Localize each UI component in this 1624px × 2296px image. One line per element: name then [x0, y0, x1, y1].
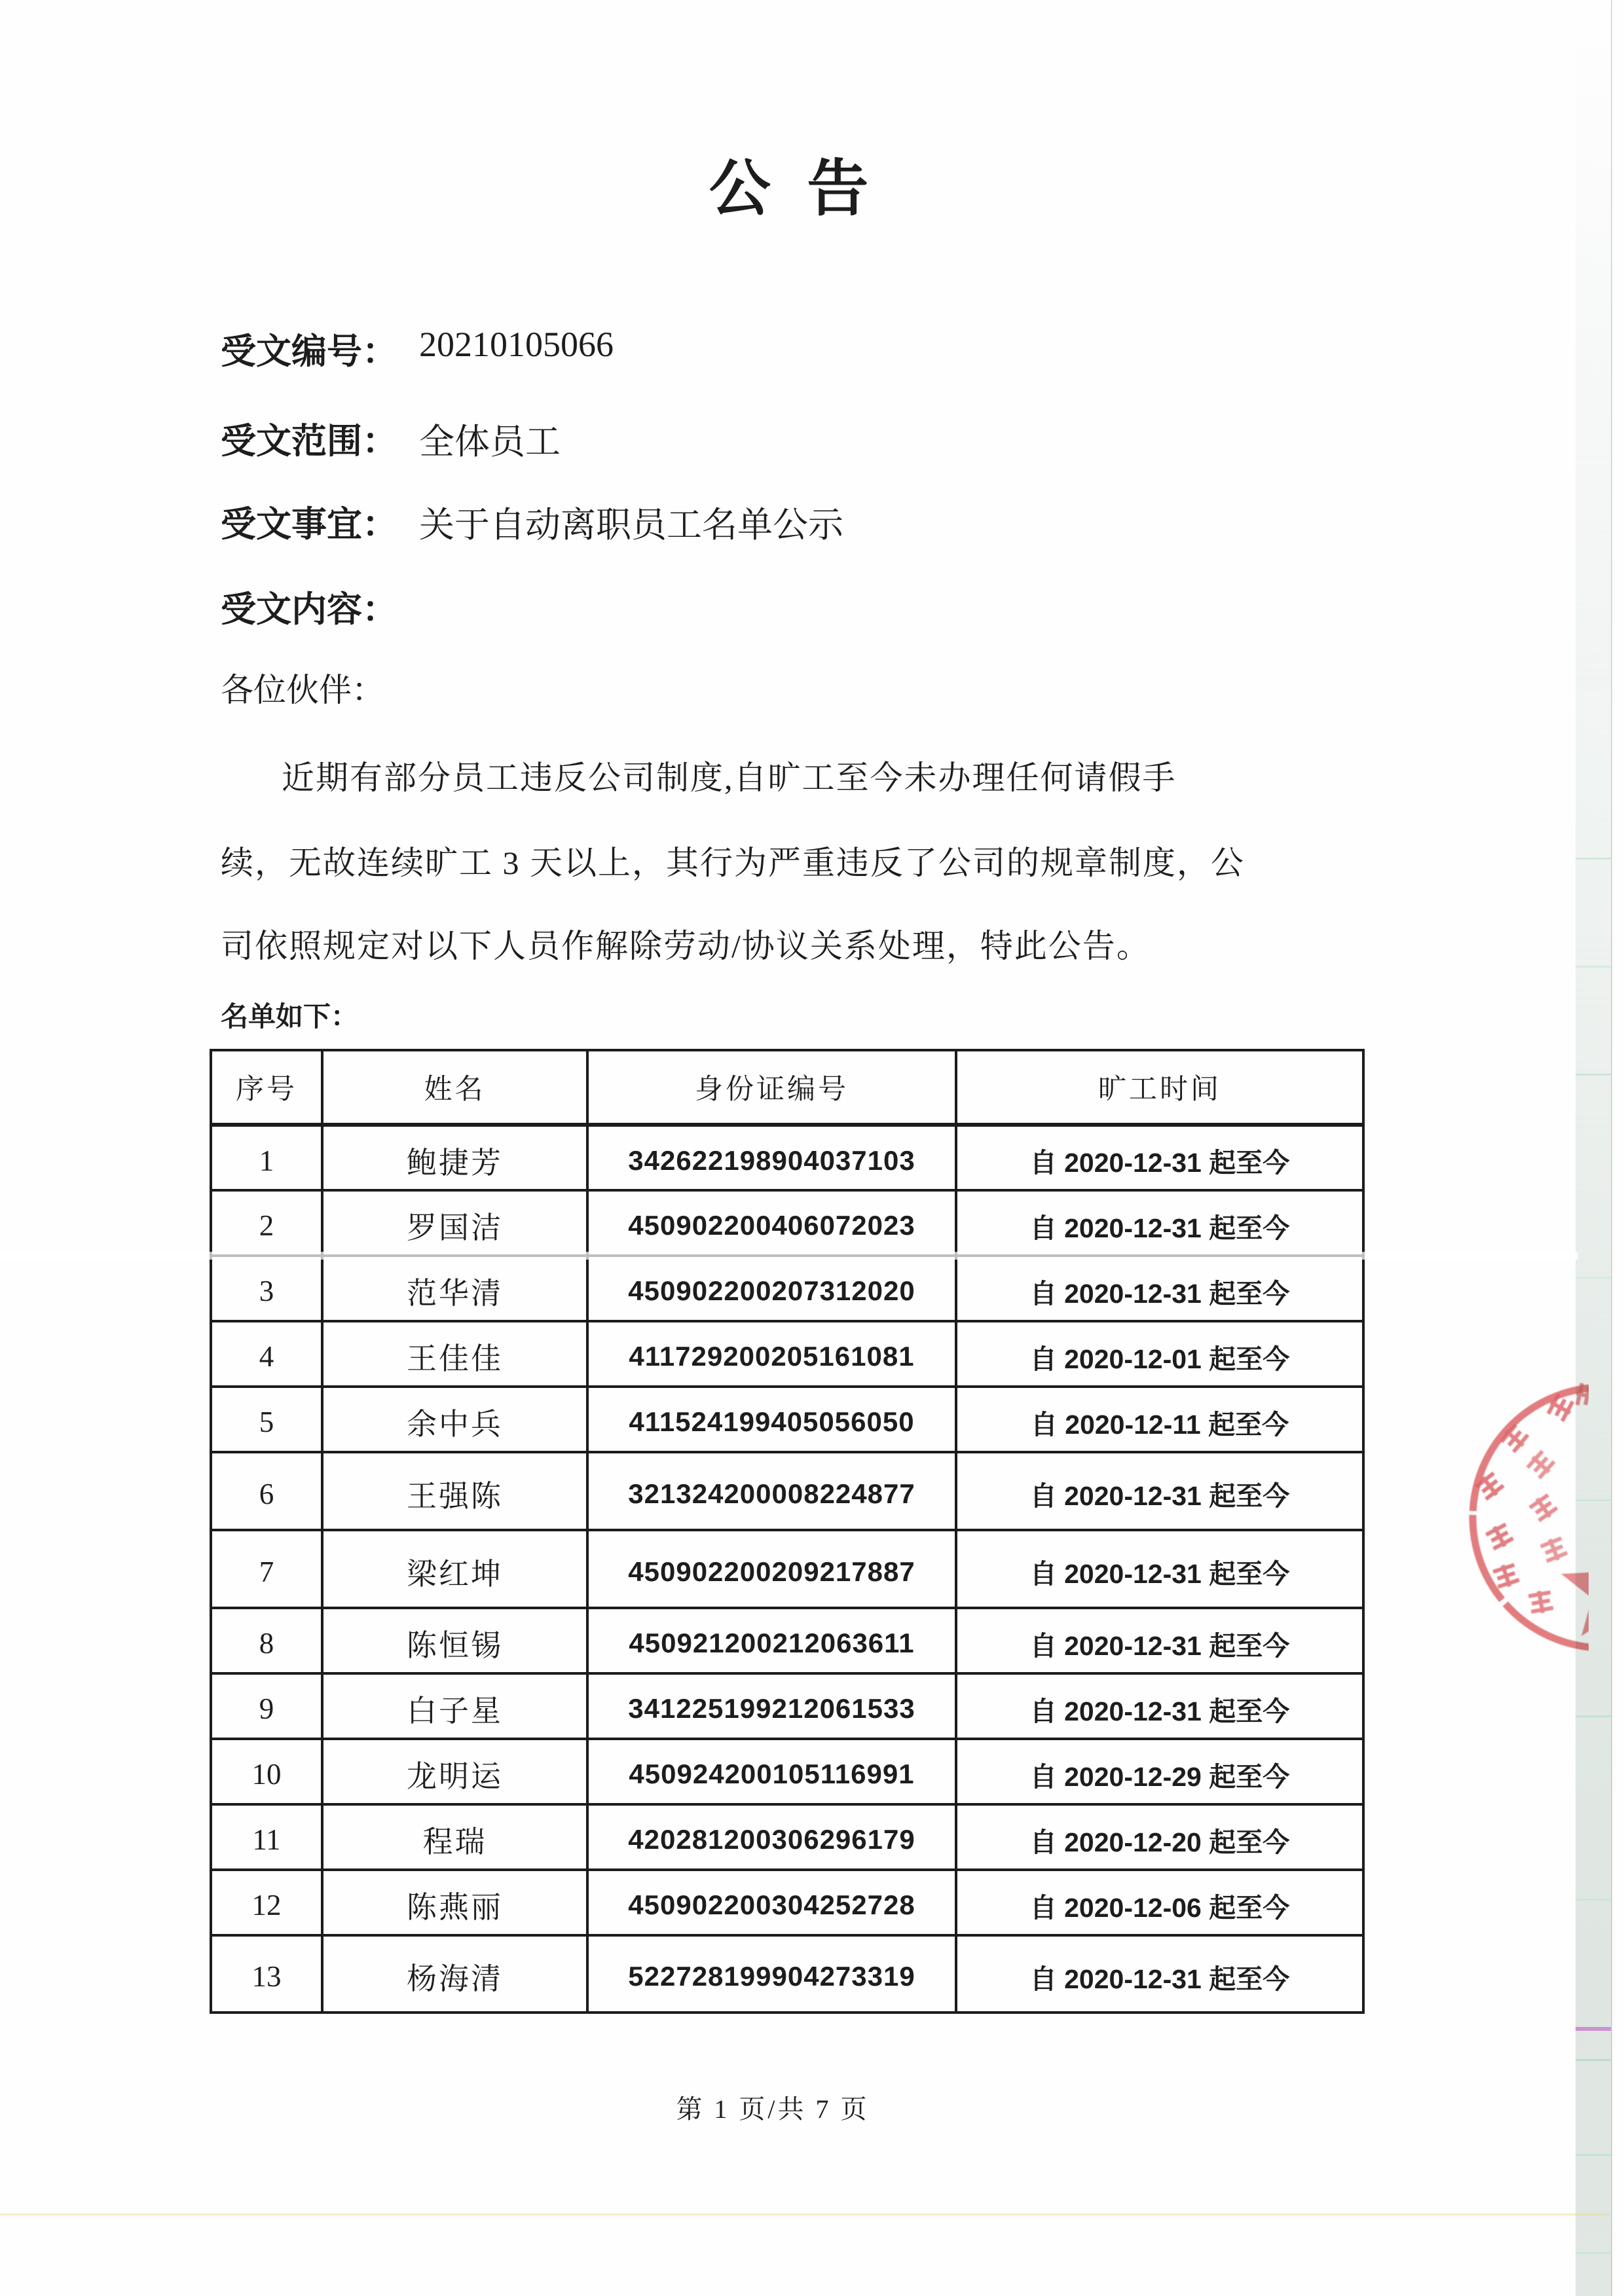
serial-cell: 1	[211, 1125, 322, 1190]
meta-label-subject: 受文事宜：	[221, 505, 397, 544]
serial-cell: 4	[211, 1321, 322, 1387]
serial-cell: 11	[211, 1804, 322, 1870]
meta-row-scope: 受文范围： 全体员工	[221, 413, 397, 460]
name-cell: 鲍捷芳	[322, 1125, 587, 1190]
serial-cell: 3	[211, 1256, 322, 1321]
meta-label-scope: 受文范围：	[221, 422, 397, 461]
scan-streak	[1576, 966, 1611, 968]
scan-fold-strip	[1576, 0, 1612, 2296]
scan-streak	[1576, 2154, 1611, 2156]
id-number-cell: 411524199405056050	[587, 1387, 956, 1452]
serial-cell: 13	[211, 1935, 322, 2013]
id-number-cell: 411729200205161081	[587, 1321, 956, 1387]
name-cell: 杨海清	[322, 1935, 587, 2013]
absence-date-cell: 自 2020-12-31 起至今	[956, 1673, 1363, 1739]
meta-value-subject: 关于自动离职员工名单公示	[419, 497, 843, 547]
table-row: 8陈恒锡450921200212063611自 2020-12-31 起至今	[211, 1608, 1363, 1673]
body-line-2: 续，无故连续旷工 3 天以上，其行为严重违反了公司的规章制度，公	[221, 837, 1245, 884]
table-row: 11程瑞420281200306296179自 2020-12-20 起至今	[211, 1804, 1363, 1870]
scan-streak	[1576, 2252, 1611, 2254]
meta-value-scope: 全体员工	[419, 414, 561, 464]
id-number-cell: 450924200105116991	[587, 1739, 956, 1804]
body-line-1: 近期有部分员工违反公司制度,自旷工至今未办理任何请假手	[282, 752, 1177, 799]
table-row: 13杨海清522728199904273319自 2020-12-31 起至今	[211, 1935, 1363, 2013]
header-cell: 身份证编号	[587, 1050, 956, 1125]
id-number-cell: 342622198904037103	[587, 1125, 956, 1190]
serial-cell: 6	[211, 1452, 322, 1530]
page-number: 第 1 页/共 7 页	[0, 2088, 1545, 2126]
id-number-cell: 450902200209217887	[587, 1530, 956, 1608]
page-title: 公 告	[0, 139, 1588, 227]
serial-cell: 5	[211, 1387, 322, 1452]
absence-date-cell: 自 2020-12-06 起至今	[956, 1870, 1363, 1935]
salutation: 各位伙伴：	[221, 664, 384, 711]
scan-magenta-artifact	[1576, 2027, 1611, 2031]
table-row: 9白子星341225199212061533自 2020-12-31 起至今	[211, 1673, 1363, 1739]
scan-streak	[1576, 1899, 1611, 1901]
absence-date-cell: 自 2020-12-31 起至今	[956, 1530, 1363, 1608]
scan-white-streak	[0, 1252, 1578, 1260]
name-cell: 龙明运	[322, 1739, 587, 1804]
table-row: 3范华清450902200207312020自 2020-12-31 起至今	[211, 1256, 1363, 1321]
scan-streak	[1576, 1715, 1611, 1717]
red-seal-stamp	[1466, 1379, 1589, 1656]
table-row: 4王佳佳411729200205161081自 2020-12-01 起至今	[211, 1321, 1363, 1387]
absence-date-cell: 自 2020-12-31 起至今	[956, 1608, 1363, 1673]
absence-date-cell: 自 2020-12-01 起至今	[956, 1321, 1363, 1387]
absence-date-cell: 自 2020-12-31 起至今	[956, 1452, 1363, 1530]
scanned-announcement-page: 公 告 受文编号： 20210105066 受文范围： 全体员工 受文事宜： 关…	[0, 0, 1624, 2296]
name-cell: 范华清	[322, 1256, 587, 1321]
scan-streak	[1576, 1277, 1611, 1279]
serial-cell: 8	[211, 1608, 322, 1673]
name-cell: 王强陈	[322, 1452, 587, 1530]
meta-row-subject: 受文事宜： 关于自动离职员工名单公示	[221, 496, 397, 543]
absence-date-cell: 自 2020-12-31 起至今	[956, 1935, 1363, 2013]
absence-date-cell: 自 2020-12-20 起至今	[956, 1804, 1363, 1870]
dismissed-employee-table: 序号姓名身份证编号旷工时间 1鲍捷芳342622198904037103自 20…	[210, 1049, 1365, 2014]
serial-cell: 10	[211, 1739, 322, 1804]
id-number-cell: 420281200306296179	[587, 1804, 956, 1870]
serial-cell: 2	[211, 1190, 322, 1256]
absence-date-cell: 自 2020-12-31 起至今	[956, 1125, 1363, 1190]
table-row: 5余中兵411524199405056050自 2020-12-11 起至今	[211, 1387, 1363, 1452]
table-row: 2罗国洁450902200406072023自 2020-12-31 起至今	[211, 1190, 1363, 1256]
serial-cell: 7	[211, 1530, 322, 1608]
meta-row-content: 受文内容：	[221, 581, 397, 629]
meta-label-doc-number: 受文编号：	[221, 332, 397, 371]
scan-streak	[1576, 1074, 1611, 1076]
absence-date-cell: 自 2020-12-11 起至今	[956, 1387, 1363, 1452]
header-cell: 序号	[211, 1050, 322, 1125]
table-row: 6王强陈321324200008224877自 2020-12-31 起至今	[211, 1452, 1363, 1530]
name-cell: 余中兵	[322, 1387, 587, 1452]
name-cell: 罗国洁	[322, 1190, 587, 1256]
name-cell: 陈燕丽	[322, 1870, 587, 1935]
table-row: 7梁红坤450902200209217887自 2020-12-31 起至今	[211, 1530, 1363, 1608]
name-cell: 王佳佳	[322, 1321, 587, 1387]
id-number-cell: 450921200212063611	[587, 1608, 956, 1673]
scan-streak	[1576, 858, 1611, 860]
roster-header-row: 序号姓名身份证编号旷工时间	[211, 1050, 1363, 1125]
serial-cell: 9	[211, 1673, 322, 1739]
name-cell: 梁红坤	[322, 1530, 587, 1608]
table-row: 12陈燕丽450902200304252728自 2020-12-06 起至今	[211, 1870, 1363, 1935]
scan-yellow-line	[0, 2214, 1610, 2215]
name-cell: 程瑞	[322, 1804, 587, 1870]
id-number-cell: 321324200008224877	[587, 1452, 956, 1530]
name-cell: 陈恒锡	[322, 1608, 587, 1673]
list-intro: 名单如下：	[221, 995, 358, 1034]
table-row: 1鲍捷芳342622198904037103自 2020-12-31 起至今	[211, 1125, 1363, 1190]
meta-label-content: 受文内容：	[221, 590, 397, 629]
meta-value-doc-number: 20210105066	[419, 324, 614, 365]
scan-streak	[1576, 2059, 1611, 2061]
absence-date-cell: 自 2020-12-31 起至今	[956, 1256, 1363, 1321]
absence-date-cell: 自 2020-12-29 起至今	[956, 1739, 1363, 1804]
id-number-cell: 450902200304252728	[587, 1870, 956, 1935]
body-line-3: 司依照规定对以下人员作解除劳动/协议关系处理，特此公告。	[221, 920, 1151, 967]
header-cell: 姓名	[322, 1050, 587, 1125]
id-number-cell: 450902200207312020	[587, 1256, 956, 1321]
header-cell: 旷工时间	[956, 1050, 1363, 1125]
id-number-cell: 450902200406072023	[587, 1190, 956, 1256]
name-cell: 白子星	[322, 1673, 587, 1739]
absence-date-cell: 自 2020-12-31 起至今	[956, 1190, 1363, 1256]
serial-cell: 12	[211, 1870, 322, 1935]
id-number-cell: 341225199212061533	[587, 1673, 956, 1739]
meta-row-doc-number: 受文编号： 20210105066	[221, 323, 397, 371]
red-seal-graphic	[1466, 1379, 1589, 1656]
table-row: 10龙明运450924200105116991自 2020-12-29 起至今	[211, 1739, 1363, 1804]
id-number-cell: 522728199904273319	[587, 1935, 956, 2013]
